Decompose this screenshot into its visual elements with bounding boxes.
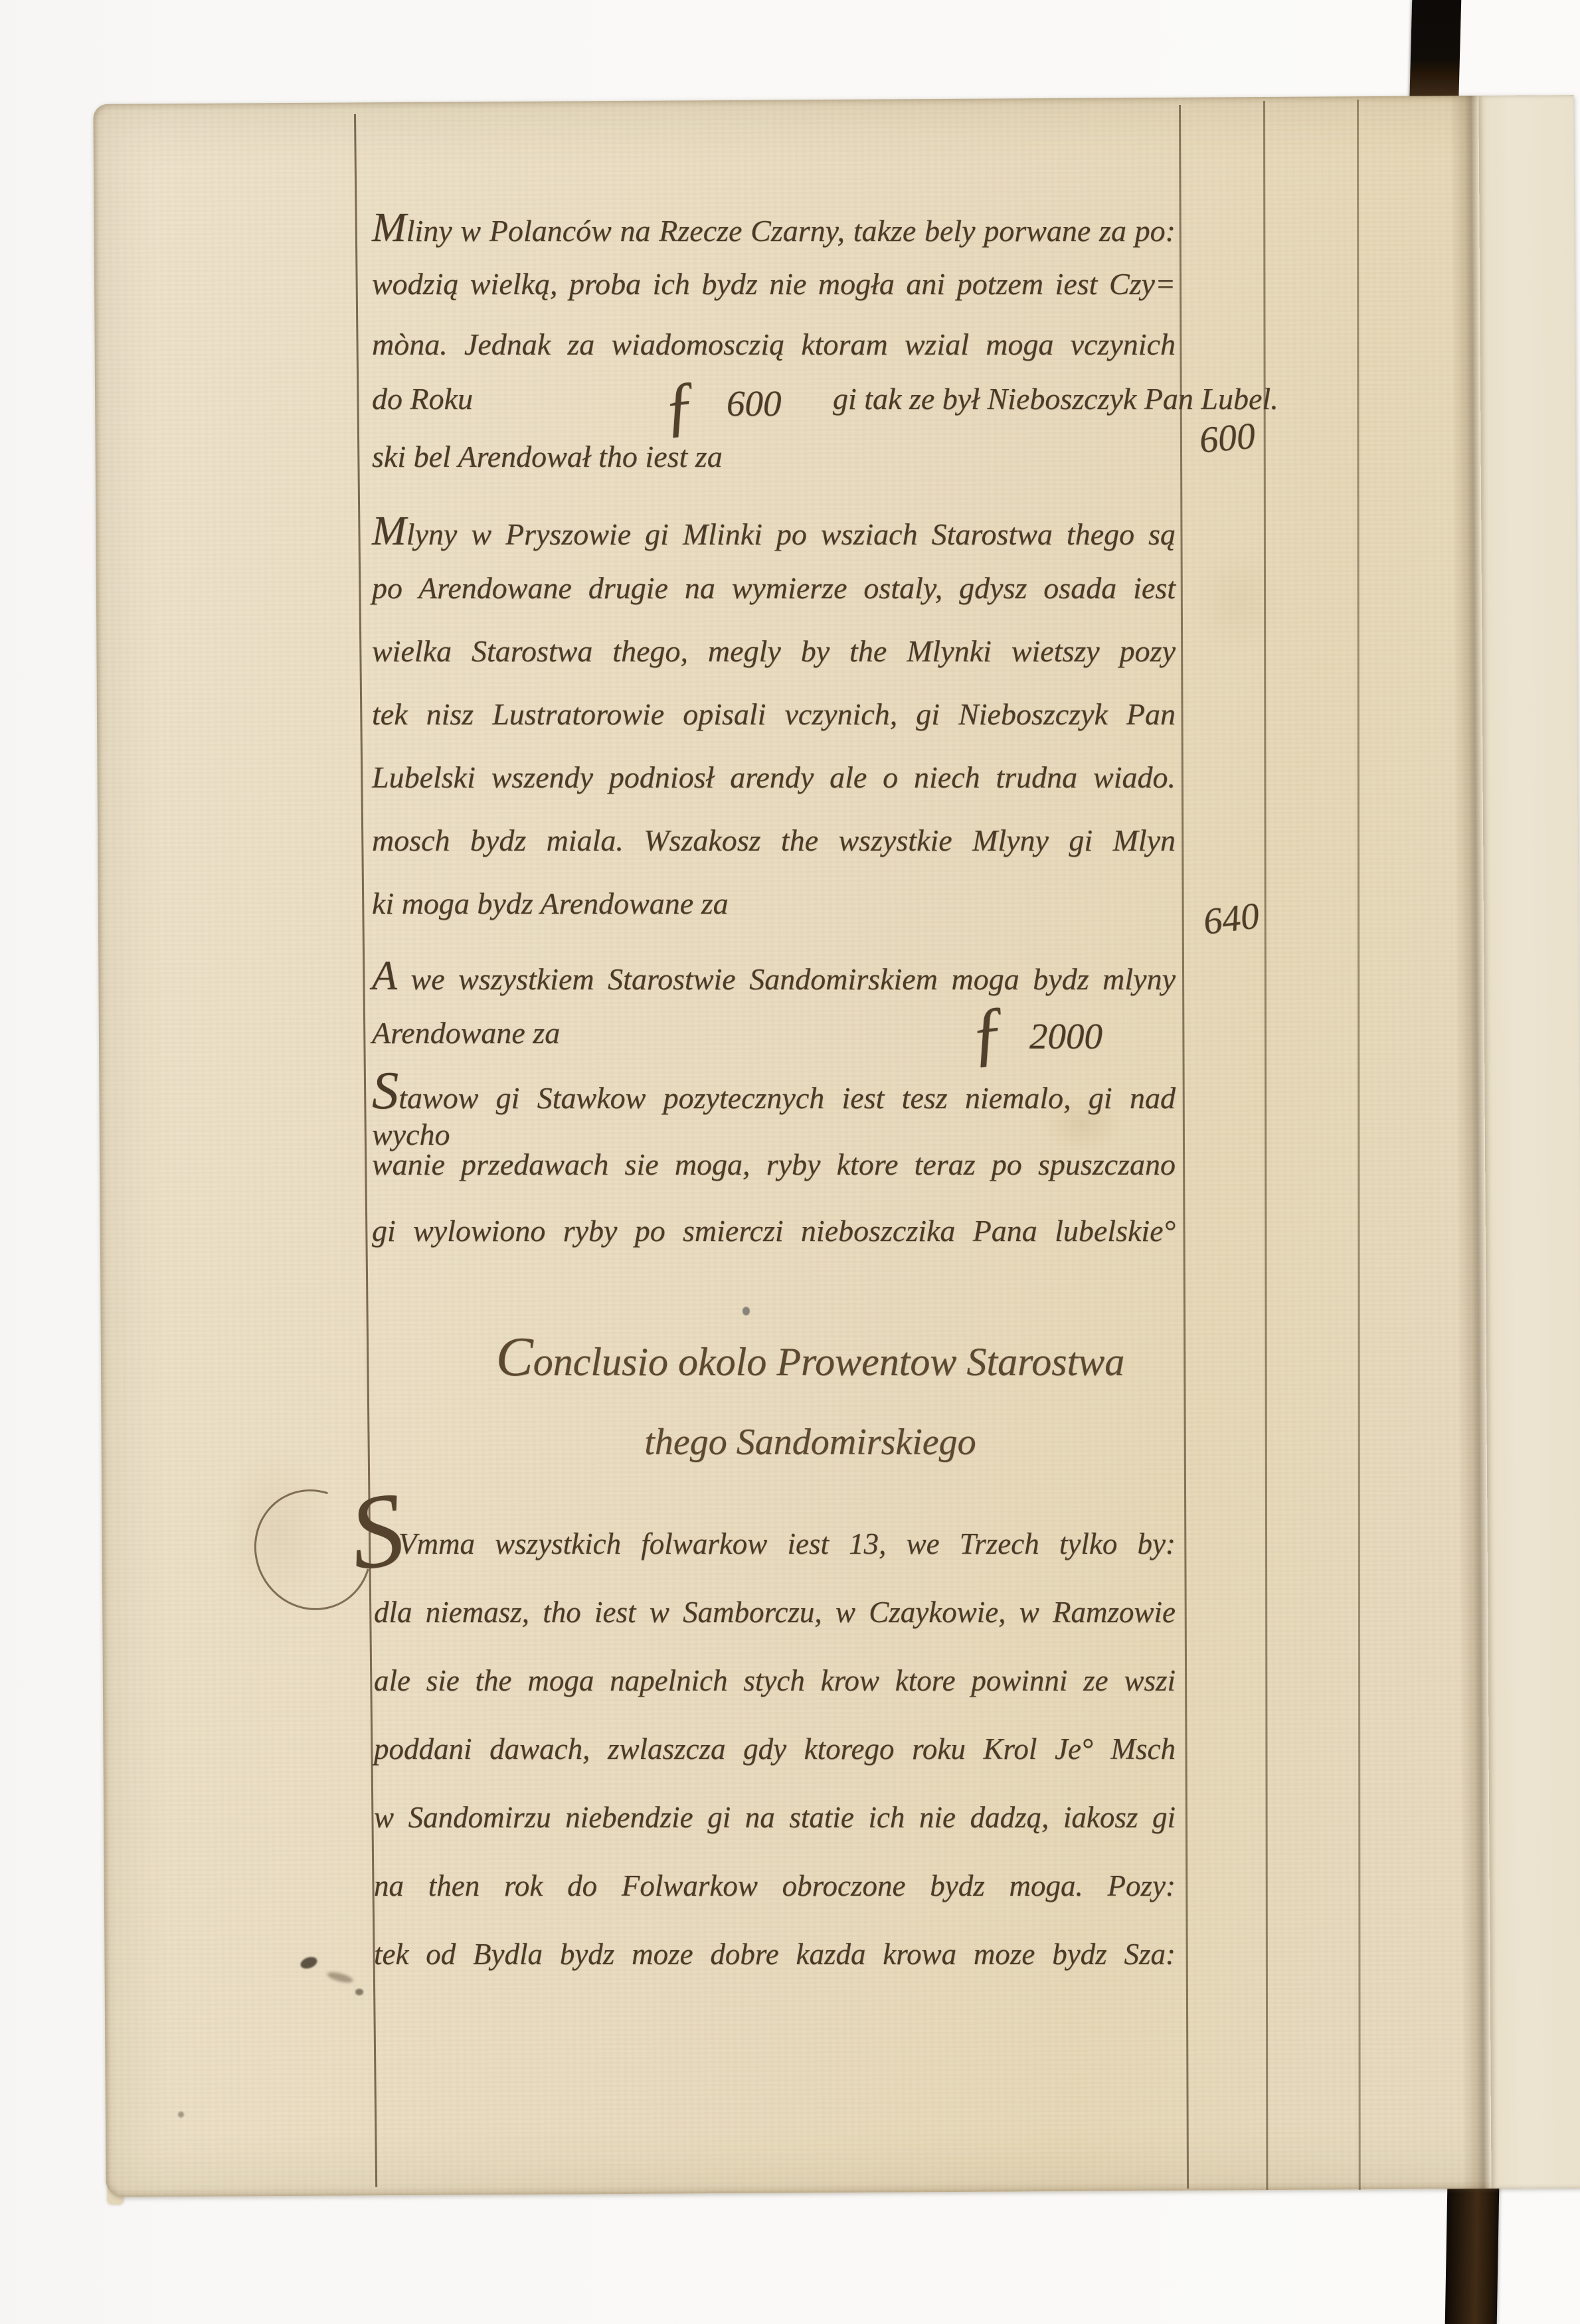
manuscript-line: Lubelski wszendy podniosł arendy ale o n… (372, 759, 1176, 795)
manuscript-line: Mliny w Polanców na Rzecze Czarny, takze… (372, 203, 1176, 253)
manuscript-line: ski bel Arendował tho iest za (372, 438, 1176, 475)
florin-sign: ƒ (659, 371, 699, 441)
manuscript-line: Stawow gi Stawkow pozytecznych iest tesz… (372, 1080, 1176, 1153)
manuscript-line: na then rok do Folwarkow obroczone bydz … (374, 1868, 1176, 1904)
sum-2000-inline: 2000 (1029, 1015, 1102, 1058)
manuscript-line: w Sandomirzu niebendzie gi na statie ich… (374, 1799, 1176, 1835)
ink-speck (743, 1307, 750, 1315)
manuscript-line: Mlyny w Pryszowie gi Mlinki po wsziach S… (372, 507, 1176, 556)
section-heading-line-1: Conclusio okolo Prowentow Starostwa (438, 1329, 1182, 1385)
manuscript-line: tek nisz Lustratorowie opisali vczynich,… (372, 696, 1176, 732)
adjacent-page-surface (1478, 95, 1580, 2189)
manuscript-line: wielka Starostwa thego, megly by the Mly… (372, 633, 1176, 669)
manuscript-line: wanie przedawach sie moga, ryby ktore te… (372, 1146, 1176, 1183)
paper-stain (1192, 548, 1286, 655)
manuscript-line: poddani dawach, zwlaszcza gdy ktorego ro… (374, 1731, 1176, 1767)
line-text: Arendowane za (372, 1015, 560, 1051)
ink-smudge (355, 1989, 363, 1995)
margin-sum-640: 640 (1201, 894, 1261, 944)
manuscript-line: wodzią wielką, proba ich bydz nie mogła … (372, 266, 1176, 302)
section-heading-line-2: thego Sandomirskiego (438, 1424, 1182, 1461)
manuscript-line: po Arendowane drugie na wymierze ostaly,… (372, 570, 1176, 606)
manuscript-line: ale sie the moga napelnich stych krow kt… (374, 1663, 1176, 1699)
manuscript-line: A we wszystkiem Starostwie Sandomirskiem… (372, 952, 1176, 1001)
manuscript-line: mòna. Jednak za wiadomosczią ktoram wzia… (372, 326, 1176, 363)
line-text: do Roku (372, 380, 473, 417)
margin-sum-600: 600 (1197, 414, 1257, 461)
line-text: gi tak ze był Nieboszczyk Pan Lubel. (833, 380, 1278, 417)
sum-600-inline: 600 (727, 382, 782, 426)
manuscript-line: mosch bydz miala. Wszakosz the wszystkie… (372, 822, 1176, 859)
manuscript-line: Vmma wszystkich folwarkow iest 13, we Tr… (398, 1526, 1176, 1562)
ink-speck (178, 2112, 184, 2117)
section-heading: Conclusio okolo Prowentow Starostwa theg… (438, 1329, 1182, 1461)
manuscript-line: ki moga bydz Arendowane za (372, 885, 1176, 922)
manuscript-line: gi wylowiono ryby po smierczi nieboszczi… (372, 1212, 1176, 1249)
manuscript-scan: Mliny w Polanców na Rzecze Czarny, takze… (0, 0, 1580, 2324)
manuscript-line: dla niemasz, tho iest w Samborczu, w Cza… (374, 1594, 1176, 1630)
manuscript-line: tek od Bydla bydz moze dobre kazda krowa… (374, 1936, 1176, 1972)
florin-sign: ƒ (966, 995, 1009, 1070)
